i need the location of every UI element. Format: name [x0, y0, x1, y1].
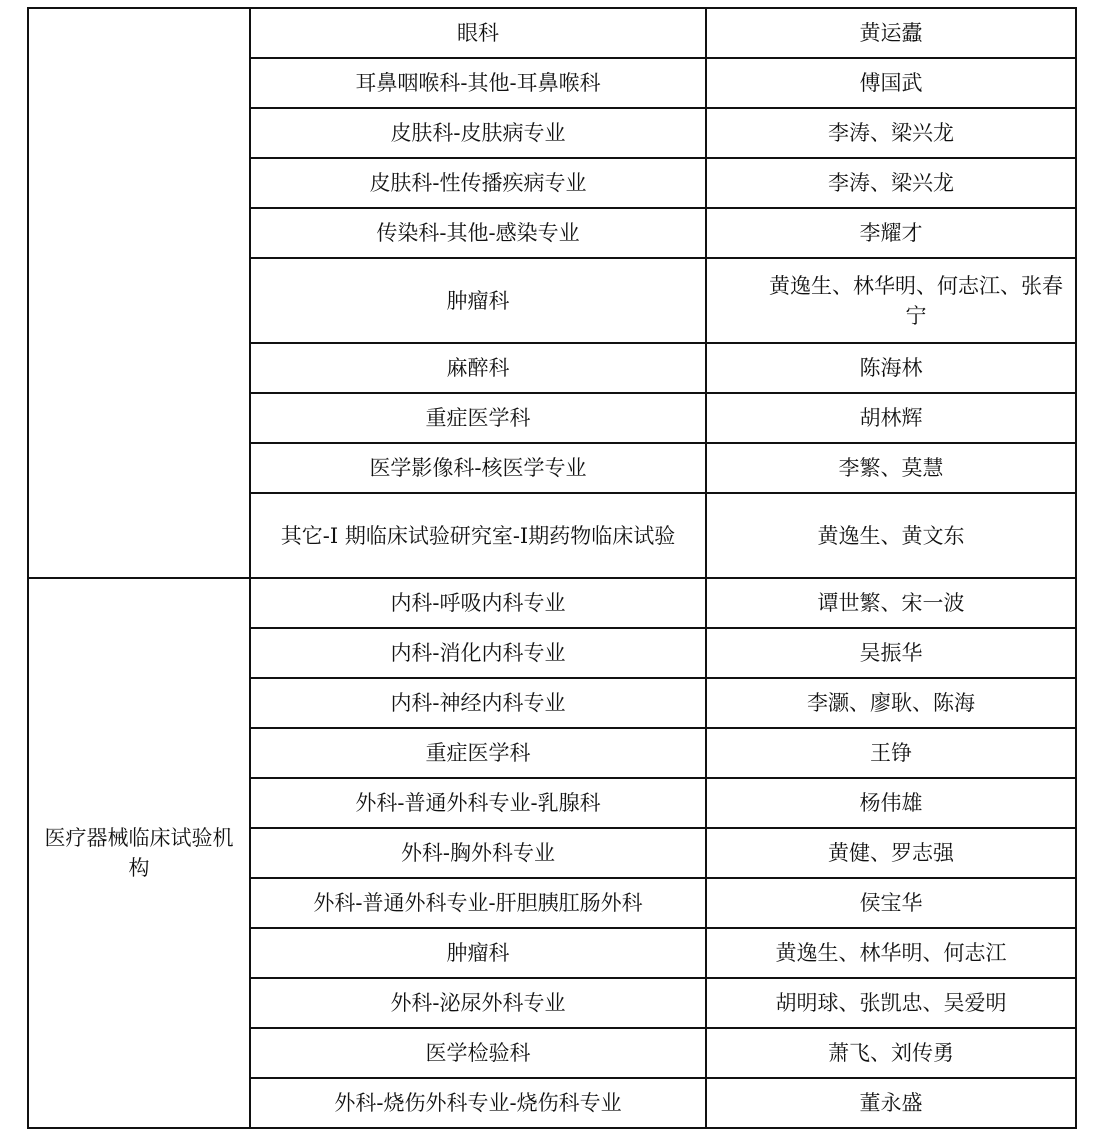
persons-cell: 黄逸生、林华明、何志江 [706, 928, 1076, 978]
table-row: 眼科 黄运蠹 [28, 8, 1076, 58]
persons-cell: 李涛、梁兴龙 [706, 108, 1076, 158]
department-cell: 内科-消化内科专业 [250, 628, 706, 678]
persons-cell: 李灏、廖耿、陈海 [706, 678, 1076, 728]
persons-cell: 王铮 [706, 728, 1076, 778]
department-cell: 内科-神经内科专业 [250, 678, 706, 728]
persons-cell: 谭世繁、宋一波 [706, 578, 1076, 628]
department-cell: 外科-烧伤外科专业-烧伤科专业 [250, 1078, 706, 1128]
department-cell: 外科-普通外科专业-乳腺科 [250, 778, 706, 828]
clinical-trial-departments-table: 眼科 黄运蠹 耳鼻咽喉科-其他-耳鼻喉科 傅国武 皮肤科-皮肤病专业 李涛、梁兴… [27, 7, 1077, 1129]
persons-cell: 胡明球、张凯忠、吴爱明 [706, 978, 1076, 1028]
department-cell: 麻醉科 [250, 343, 706, 393]
department-cell: 肿瘤科 [250, 258, 706, 343]
org-cell: 医疗器械临床试验机构 [28, 578, 250, 1128]
department-cell: 其它-Ⅰ 期临床试验研究室-Ⅰ期药物临床试验 [250, 493, 706, 578]
persons-cell: 黄逸生、林华明、何志江、张春宁 [706, 258, 1076, 343]
persons-cell: 李涛、梁兴龙 [706, 158, 1076, 208]
department-cell: 外科-普通外科专业-肝胆胰肛肠外科 [250, 878, 706, 928]
persons-cell: 黄健、罗志强 [706, 828, 1076, 878]
persons-cell: 黄运蠹 [706, 8, 1076, 58]
department-cell: 肿瘤科 [250, 928, 706, 978]
department-cell: 外科-泌尿外科专业 [250, 978, 706, 1028]
persons-cell: 吴振华 [706, 628, 1076, 678]
department-cell: 皮肤科-性传播疾病专业 [250, 158, 706, 208]
persons-cell: 萧飞、刘传勇 [706, 1028, 1076, 1078]
persons-cell: 杨伟雄 [706, 778, 1076, 828]
persons-cell: 李繁、莫慧 [706, 443, 1076, 493]
persons-cell: 陈海林 [706, 343, 1076, 393]
org-cell [28, 8, 250, 578]
department-cell: 医学影像科-核医学专业 [250, 443, 706, 493]
persons-cell: 黄逸生、黄文东 [706, 493, 1076, 578]
department-cell: 医学检验科 [250, 1028, 706, 1078]
table-row: 医疗器械临床试验机构 内科-呼吸内科专业 谭世繁、宋一波 [28, 578, 1076, 628]
persons-cell: 胡林辉 [706, 393, 1076, 443]
department-cell: 传染科-其他-感染专业 [250, 208, 706, 258]
persons-cell: 傅国武 [706, 58, 1076, 108]
department-cell: 皮肤科-皮肤病专业 [250, 108, 706, 158]
department-cell: 重症医学科 [250, 728, 706, 778]
persons-cell: 董永盛 [706, 1078, 1076, 1128]
persons-cell: 侯宝华 [706, 878, 1076, 928]
department-cell: 内科-呼吸内科专业 [250, 578, 706, 628]
department-cell: 外科-胸外科专业 [250, 828, 706, 878]
department-cell: 耳鼻咽喉科-其他-耳鼻喉科 [250, 58, 706, 108]
department-cell: 眼科 [250, 8, 706, 58]
department-cell: 重症医学科 [250, 393, 706, 443]
persons-cell: 李耀才 [706, 208, 1076, 258]
